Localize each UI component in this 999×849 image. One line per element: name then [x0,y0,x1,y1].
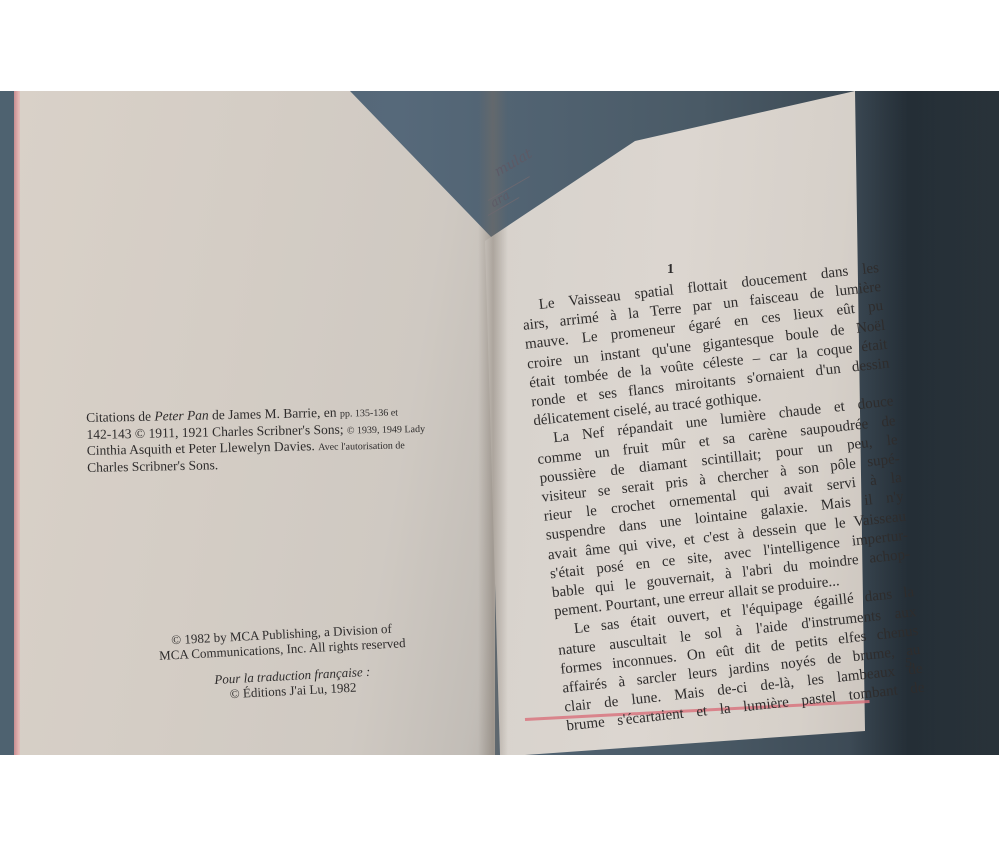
quote-credits: Citations de Peter Pan de James M. Barri… [86,404,426,475]
chapter-body-text: Le Vaisseau spatial flottait doucement d… [520,259,926,737]
book-title-peter-pan: Peter Pan [154,407,209,423]
chapter-number: 1 [667,262,674,278]
page-number: 5 [905,656,912,672]
